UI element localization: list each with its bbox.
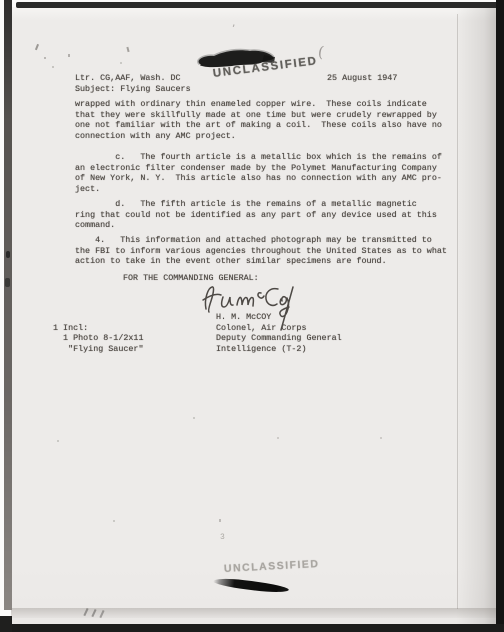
typed-line: that they were skillfully made at one ti… xyxy=(75,110,437,120)
typed-line: wrapped with ordinary thin enameled copp… xyxy=(75,99,427,109)
page-number: 3 xyxy=(220,533,225,542)
subject-line: Subject: Flying Saucers xyxy=(75,84,191,94)
signer-title: Deputy Commanding General xyxy=(216,333,342,343)
scan-edge-right xyxy=(496,0,504,632)
enclosure-line: 1 Photo 8-1/2x11 xyxy=(53,333,143,343)
typed-line: one not familiar with the art of making … xyxy=(75,120,442,130)
typed-line: c. The fourth article is a metallic box … xyxy=(75,152,442,162)
typed-line: command. xyxy=(75,220,115,230)
scanned-letter-page: ( ’ UNCLASSIFIED UNCLASSIFIED Ltr. CG,AA… xyxy=(0,0,504,632)
typed-line: ject. xyxy=(75,184,100,194)
typed-line: 4. This information and attached photogr… xyxy=(75,235,432,245)
scan-corner-bottom-left xyxy=(0,616,12,632)
page-fold-line xyxy=(457,14,458,609)
date-line: 25 August 1947 xyxy=(327,73,397,83)
scan-edge-left xyxy=(4,0,12,610)
typed-line: the FBI to inform various agencies throu… xyxy=(75,246,447,256)
signer-office: Intelligence (T-2) xyxy=(216,344,306,354)
scan-edge-bottom xyxy=(0,624,504,632)
typed-line: d. The fifth article is the remains of a… xyxy=(75,199,417,209)
signer-rank: Colonel, Air Corps xyxy=(216,323,306,333)
enclosure-line: 1 Incl: xyxy=(53,323,88,333)
typed-line: of New York, N. Y. This article also has… xyxy=(75,173,442,183)
scan-edge-top xyxy=(16,2,504,8)
typed-line: action to take in the event other simila… xyxy=(75,256,387,266)
typed-line: an electronic filter condenser made by t… xyxy=(75,163,437,173)
enclosure-line: "Flying Saucer" xyxy=(53,344,143,354)
typed-line: ring that could not be identified as any… xyxy=(75,210,437,220)
reference-line: Ltr. CG,AAF, Wash. DC xyxy=(75,73,181,83)
typed-line: connection with any AMC project. xyxy=(75,131,236,141)
page-curl-shadow xyxy=(456,7,496,625)
signer-name: H. M. McCOY xyxy=(216,312,271,322)
